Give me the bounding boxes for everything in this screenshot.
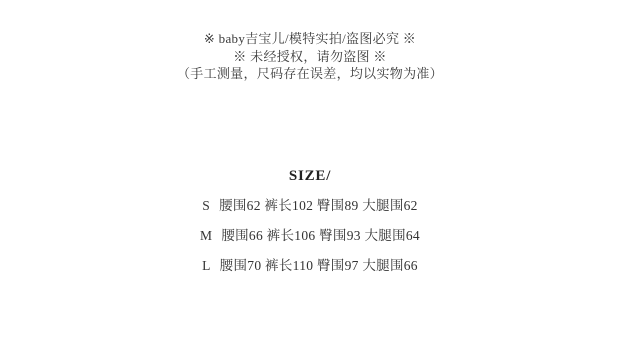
notice-line-watermark: ※ baby吉宝儿/模特实拍/盗图必究 ※ [0, 30, 620, 48]
size-label: L [202, 251, 211, 281]
size-chart: S 腰围62 裤长102 臀围89 大腿围62 M 腰围66 裤长106 臀围9… [0, 191, 620, 281]
size-row-m: M 腰围66 裤长106 臀围93 大腿围64 [0, 221, 620, 251]
size-measurements: 腰围66 裤长106 臀围93 大腿围64 [221, 221, 420, 251]
product-info-image: ※ baby吉宝儿/模特实拍/盗图必究 ※ ※ 未经授权，请勿盗图 ※ （手工测… [0, 0, 620, 362]
notice-line-measure-disclaimer: （手工测量，尺码存在误差，均以实物为准） [0, 65, 620, 83]
size-chart-title: SIZE/ [0, 168, 620, 185]
size-row-l: L 腰围70 裤长110 臀围97 大腿围66 [0, 251, 620, 281]
size-label: M [200, 221, 212, 251]
anti-theft-notice: ※ baby吉宝儿/模特实拍/盗图必究 ※ ※ 未经授权，请勿盗图 ※ （手工测… [0, 30, 620, 83]
notice-line-no-steal: ※ 未经授权，请勿盗图 ※ [0, 48, 620, 66]
size-measurements: 腰围62 裤长102 臀围89 大腿围62 [219, 191, 418, 221]
size-measurements: 腰围70 裤长110 臀围97 大腿围66 [220, 251, 418, 281]
size-row-s: S 腰围62 裤长102 臀围89 大腿围62 [0, 191, 620, 221]
size-label: S [202, 191, 210, 221]
